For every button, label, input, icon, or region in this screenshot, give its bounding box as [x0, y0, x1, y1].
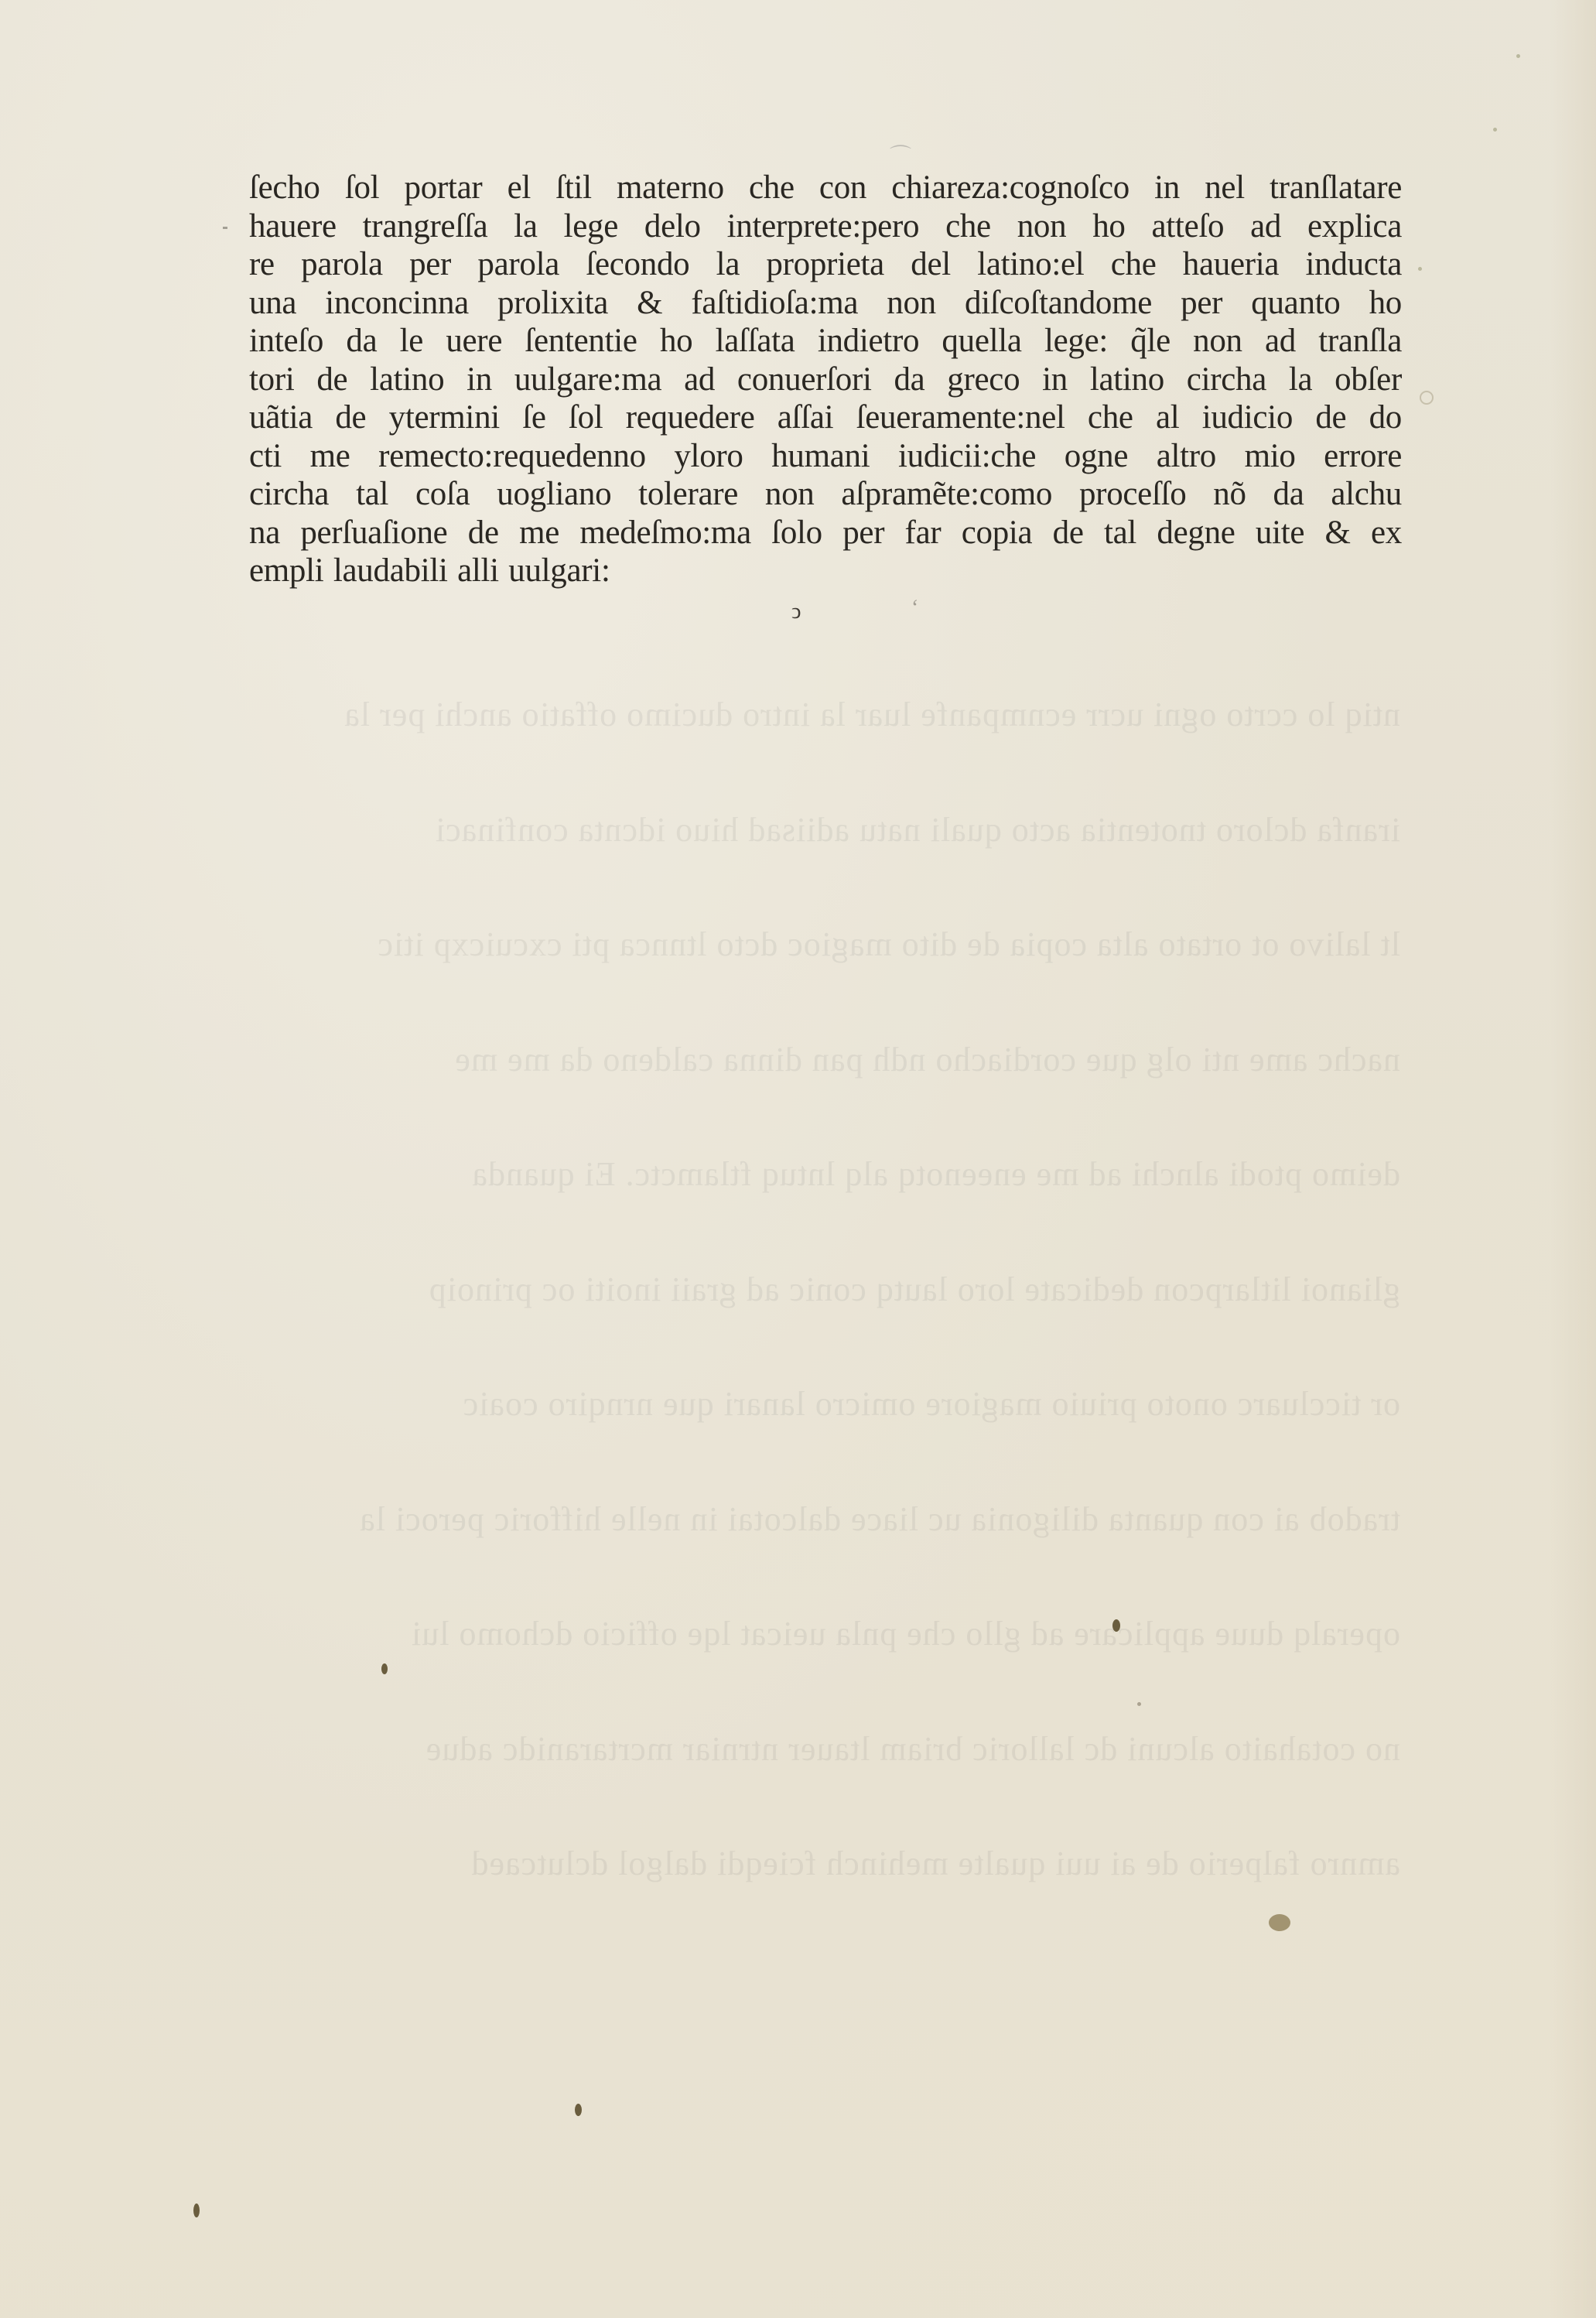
- showthrough-line: operalq duue applicare ad gllo che pnla …: [240, 1615, 1400, 1653]
- showthrough-line: iranfa dcloro tnotentia acto quali natu …: [240, 811, 1400, 850]
- text-line: hauere trangreſſa la lege delo interpret…: [249, 207, 1402, 246]
- showthrough-line: amnro falperio de ai uui qualte mehinch …: [240, 1844, 1400, 1883]
- foxing-spot: [1269, 1914, 1290, 1931]
- text-line: ſecho ſol portar el ſtil materno che con…: [249, 169, 1402, 207]
- page-edge-shadow: [1550, 0, 1596, 2318]
- showthrough-line: deimo ptodi alnchi ad me eneenotq alq ln…: [240, 1155, 1400, 1194]
- text-line: empli laudabili alli uulgari:: [249, 552, 1402, 590]
- margin-mark: [223, 227, 227, 229]
- foxing-spot: [381, 1663, 388, 1674]
- text-line: na perſuaſione de me medeſmo:ma ſolo per…: [249, 514, 1402, 552]
- text-line: una inconcinna prolixita & faſtidioſa:ma…: [249, 284, 1402, 323]
- showthrough-line: no cotahaito alcuni dc lalloric briam lt…: [240, 1730, 1400, 1769]
- document-page: ntiq lo ccrto ogni ucrr ecnmpanfe luar l…: [0, 0, 1596, 2318]
- foxing-spot: [575, 2104, 582, 2116]
- showthrough-line: tradob ai con quanta diligonia uc liace …: [240, 1500, 1400, 1539]
- showthrough-line: lt lalivo ot ortato alta copia de dito m…: [240, 925, 1400, 964]
- printed-text-block: ſecho ſol portar el ſtil materno che con…: [249, 169, 1402, 590]
- text-line: uãtia de ytermini ſe ſol requedere aſſai…: [249, 398, 1402, 437]
- foxing-spot: [1112, 1619, 1120, 1632]
- showthrough-line: or ticcluarc onoto priuio magiore omicro…: [240, 1385, 1400, 1424]
- showthrough-line: ntiq lo ccrto ogni ucrr ecnmpanfe luar l…: [240, 696, 1400, 734]
- ornament-mark: ʻ: [911, 596, 918, 621]
- showthrough-line: glianoi litlarpcon dedicate loro lautq c…: [240, 1270, 1400, 1309]
- ornament-mark: ↄ: [791, 600, 801, 624]
- text-line: circha tal coſa uogliano tolerare non aſ…: [249, 475, 1402, 514]
- foxing-spot: [1493, 128, 1497, 132]
- foxing-spot: [1418, 267, 1422, 271]
- foxing-spot: [1420, 391, 1434, 405]
- text-line: re parola per parola ſecondo la propriet…: [249, 245, 1402, 284]
- showthrough-line: nachc ame nti olg que cordiacho ndh pan …: [240, 1041, 1400, 1079]
- showthrough-text: ntiq lo ccrto ogni ucrr ecnmpanfe luar l…: [240, 619, 1400, 1960]
- text-line: cti me remecto:requedenno yloro humani i…: [249, 437, 1402, 476]
- top-mark: ⌒: [890, 139, 911, 170]
- foxing-spot: [1137, 1702, 1141, 1706]
- text-line: inteſo da le uere ſententie ho laſſata i…: [249, 322, 1402, 361]
- text-line: tori de latino in uulgare:ma ad conuerſo…: [249, 361, 1402, 399]
- foxing-spot: [193, 2203, 200, 2217]
- foxing-spot: [1516, 54, 1520, 58]
